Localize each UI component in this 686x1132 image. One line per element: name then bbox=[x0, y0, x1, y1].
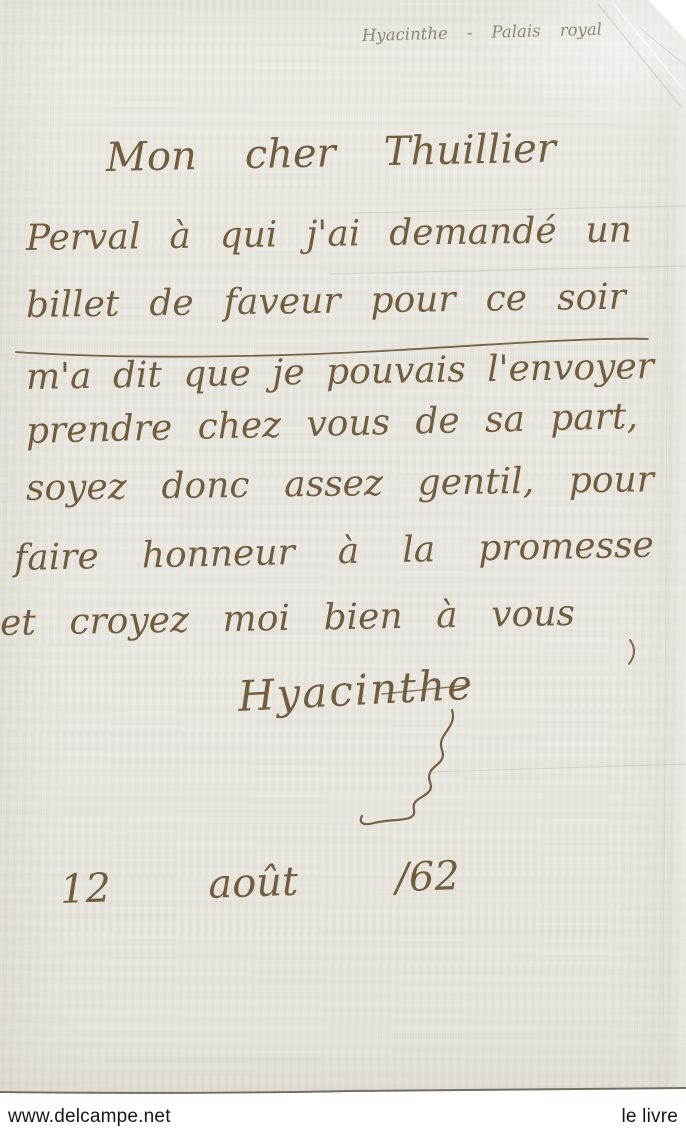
scanned-letter-image: Hyacinthe - Palais royal Mon cher Thuill… bbox=[0, 0, 686, 1132]
letter-signature: Hyacinthe bbox=[237, 664, 467, 718]
letter-line-underlined: billet de faveur pour ce soir bbox=[26, 280, 626, 324]
letter-line: et croyez moi bien à vous bbox=[0, 596, 575, 642]
watermark-category-label: le livre bbox=[621, 1106, 678, 1128]
watermark-bar: www.delcampe.net le livre bbox=[0, 1095, 686, 1132]
letter-line: Perval à qui j'ai demandé un bbox=[26, 213, 632, 257]
watermark-site-url: www.delcampe.net bbox=[8, 1106, 171, 1128]
letter-line: soyez donc assez gentil, pour bbox=[26, 462, 654, 507]
letter-salutation: Mon cher Thuillier bbox=[106, 129, 557, 178]
